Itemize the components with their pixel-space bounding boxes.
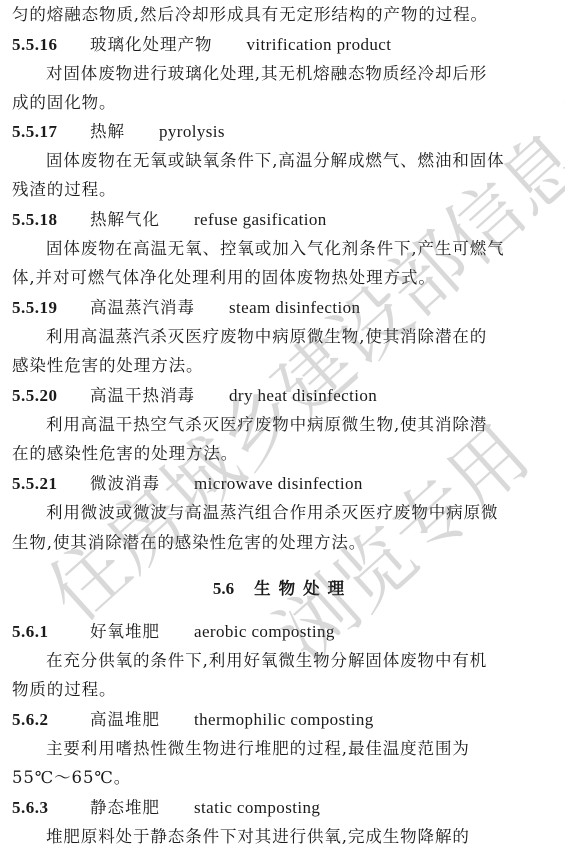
term-heading-5-6-1: 5.6.1 好氧堆肥 aerobic composting xyxy=(12,617,557,646)
text-line: 主要利用嗜热性微生物进行堆肥的过程,最佳温度范围为 xyxy=(12,734,557,763)
section-title: 生物处理 xyxy=(254,579,352,598)
text-line: 成的固化物。 xyxy=(12,88,557,117)
term-number: 5.6.1 xyxy=(12,617,90,646)
term-english: steam disinfection xyxy=(229,293,360,322)
term-english: static composting xyxy=(194,793,320,822)
paragraph-text: 生物,使其消除潜在的感染性危害的处理方法。 xyxy=(12,533,366,552)
term-heading-5-5-19: 5.5.19 高温蒸汽消毒 steam disinfection xyxy=(12,293,557,322)
term-english: microwave disinfection xyxy=(194,469,363,498)
term-number: 5.5.21 xyxy=(12,469,90,498)
paragraph-text: 成的固化物。 xyxy=(12,93,116,112)
term-number: 5.6.3 xyxy=(12,793,90,822)
term-chinese: 高温蒸汽消毒 xyxy=(90,293,195,322)
paragraph-text: 利用高温干热空气杀灭医疗废物中病原微生物,使其消除潜 xyxy=(46,415,487,434)
term-number: 5.5.16 xyxy=(12,30,90,59)
term-heading-5-5-21: 5.5.21 微波消毒 microwave disinfection xyxy=(12,469,557,498)
paragraph-text: 残渣的过程。 xyxy=(12,180,116,199)
section-number: 5.6 xyxy=(213,579,234,598)
text-line: 在的感染性危害的处理方法。 xyxy=(12,439,557,468)
paragraph-text: 感染性危害的处理方法。 xyxy=(12,356,203,375)
term-number: 5.5.18 xyxy=(12,205,90,234)
term-heading-5-5-16: 5.5.16 玻璃化处理产物 vitrification product xyxy=(12,30,557,59)
term-english: aerobic composting xyxy=(194,617,335,646)
text-line: 匀的熔融态物质,然后冷却形成具有无定形结构的产物的过程。 xyxy=(12,0,557,29)
term-number: 5.5.20 xyxy=(12,381,90,410)
term-heading-5-6-2: 5.6.2 高温堆肥 thermophilic composting xyxy=(12,705,557,734)
term-chinese: 静态堆肥 xyxy=(90,793,160,822)
term-heading-5-5-18: 5.5.18 热解气化 refuse gasification xyxy=(12,205,557,234)
term-heading-5-5-20: 5.5.20 高温干热消毒 dry heat disinfection xyxy=(12,381,557,410)
term-chinese: 好氧堆肥 xyxy=(90,617,160,646)
term-number: 5.6.2 xyxy=(12,705,90,734)
term-heading-5-5-17: 5.5.17 热解 pyrolysis xyxy=(12,117,557,146)
paragraph-text: 利用高温蒸汽杀灭医疗废物中病原微生物,使其消除潜在的 xyxy=(46,327,487,346)
section-heading-5-6: 5.6生物处理 xyxy=(0,574,565,604)
text-line: 55℃～65℃。 xyxy=(12,763,557,792)
text-line: 生物,使其消除潜在的感染性危害的处理方法。 xyxy=(12,528,557,557)
text-line: 残渣的过程。 xyxy=(12,175,557,204)
text-line: 感染性危害的处理方法。 xyxy=(12,351,557,380)
paragraph-text: 匀的熔融态物质,然后冷却形成具有无定形结构的产物的过程。 xyxy=(12,5,488,24)
text-line: 体,并对可燃气体净化处理利用的固体废物热处理方式。 xyxy=(12,263,557,292)
paragraph-text: 堆肥原料处于静态条件下对其进行供氧,完成生物降解的 xyxy=(46,827,470,846)
text-line: 在充分供氧的条件下,利用好氧微生物分解固体废物中有机 xyxy=(12,646,557,675)
text-line: 利用高温蒸汽杀灭医疗废物中病原微生物,使其消除潜在的 xyxy=(12,322,557,351)
text-line: 固体废物在高温无氧、控氧或加入气化剂条件下,产生可燃气 xyxy=(12,234,557,263)
term-chinese: 热解 xyxy=(90,117,125,146)
term-chinese: 玻璃化处理产物 xyxy=(90,30,213,59)
text-line: 物质的过程。 xyxy=(12,675,557,704)
paragraph-text: 固体废物在无氧或缺氧条件下,高温分解成燃气、燃油和固体 xyxy=(46,151,505,170)
term-number: 5.5.19 xyxy=(12,293,90,322)
paragraph-text: 固体废物在高温无氧、控氧或加入气化剂条件下,产生可燃气 xyxy=(46,239,505,258)
term-chinese: 高温堆肥 xyxy=(90,705,160,734)
text-line: 利用高温干热空气杀灭医疗废物中病原微生物,使其消除潜 xyxy=(12,410,557,439)
term-english: thermophilic composting xyxy=(194,705,374,734)
text-line: 堆肥原料处于静态条件下对其进行供氧,完成生物降解的 xyxy=(12,822,557,851)
text-line: 利用微波或微波与高温蒸汽组合作用杀灭医疗废物中病原微 xyxy=(12,498,557,527)
text-line: 固体废物在无氧或缺氧条件下,高温分解成燃气、燃油和固体 xyxy=(12,146,557,175)
paragraph-text: 对固体废物进行玻璃化处理,其无机熔融态物质经冷却后形 xyxy=(46,64,487,83)
term-heading-5-6-3: 5.6.3 静态堆肥 static composting xyxy=(12,793,557,822)
text-line: 对固体废物进行玻璃化处理,其无机熔融态物质经冷却后形 xyxy=(12,59,557,88)
paragraph-text: 物质的过程。 xyxy=(12,680,116,699)
term-chinese: 微波消毒 xyxy=(90,469,160,498)
term-chinese: 高温干热消毒 xyxy=(90,381,195,410)
document-page: 匀的熔融态物质,然后冷却形成具有无定形结构的产物的过程。 5.5.16 玻璃化处… xyxy=(0,0,565,851)
term-english: refuse gasification xyxy=(194,205,327,234)
paragraph-text: 55℃～65℃。 xyxy=(12,768,131,787)
paragraph-text: 利用微波或微波与高温蒸汽组合作用杀灭医疗废物中病原微 xyxy=(46,503,498,522)
term-chinese: 热解气化 xyxy=(90,205,160,234)
paragraph-text: 主要利用嗜热性微生物进行堆肥的过程,最佳温度范围为 xyxy=(46,739,470,758)
term-english: dry heat disinfection xyxy=(229,381,377,410)
term-english: vitrification product xyxy=(247,30,392,59)
paragraph-text: 在的感染性危害的处理方法。 xyxy=(12,444,238,463)
paragraph-text: 体,并对可燃气体净化处理利用的固体废物热处理方式。 xyxy=(12,268,436,287)
term-english: pyrolysis xyxy=(159,117,225,146)
paragraph-text: 在充分供氧的条件下,利用好氧微生物分解固体废物中有机 xyxy=(46,651,487,670)
term-number: 5.5.17 xyxy=(12,117,90,146)
